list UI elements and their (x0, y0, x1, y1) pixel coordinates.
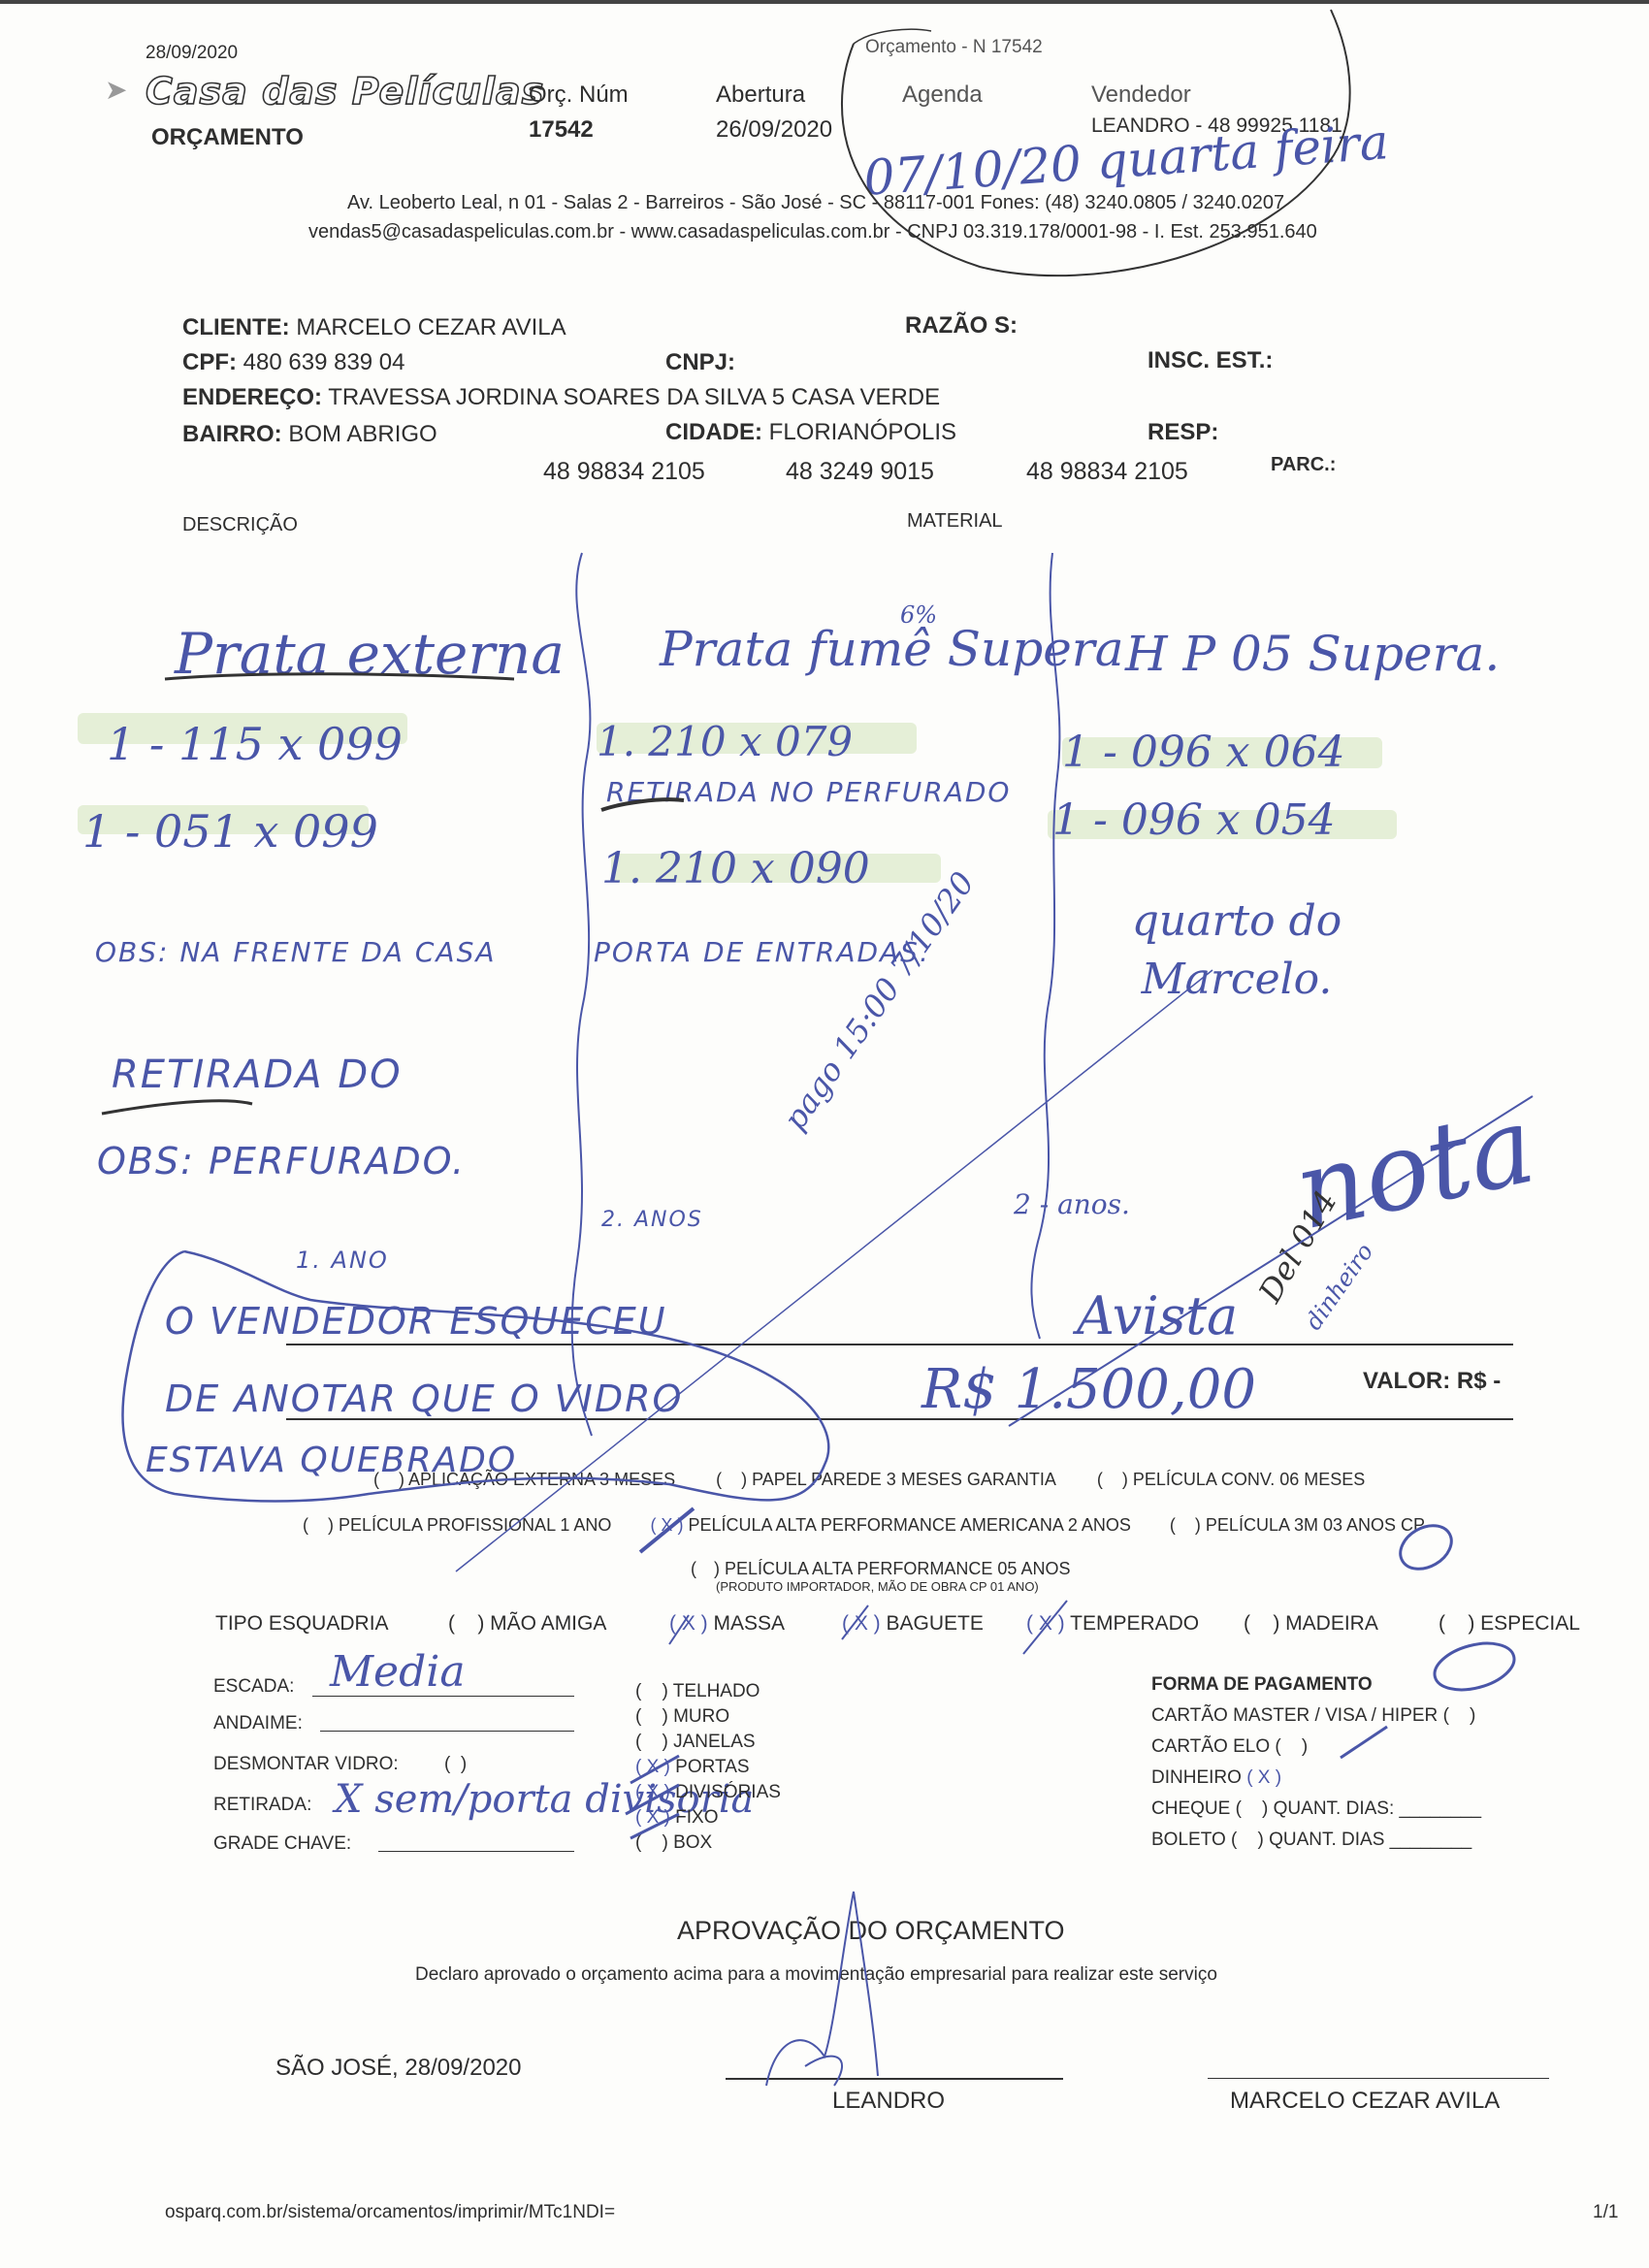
checkbox-checked[interactable]: ( X ) (1026, 1612, 1070, 1635)
option-item[interactable]: ( X ) DIVISÓRIAS (635, 1782, 781, 1803)
insc-est-label: INSC. EST.: (1148, 347, 1273, 374)
payment-label: DINHEIRO (1151, 1767, 1246, 1788)
retirada-label: RETIRADA: (213, 1795, 311, 1816)
option-label: ESPECIAL (1480, 1612, 1580, 1635)
avista-note: Avista (1077, 1285, 1238, 1346)
col1-retirada: RETIRADA DO (112, 1053, 403, 1097)
payment-label: CARTÃO MASTER / VISA / HIPER (1151, 1705, 1443, 1726)
checkbox[interactable]: ( ) (303, 1515, 339, 1535)
checkbox[interactable]: ( ) (1443, 1705, 1476, 1726)
cpf-row: CPF: 480 639 839 04 (182, 349, 405, 376)
endereco-value: TRAVESSA JORDINA SOARES DA SILVA 5 CASA … (328, 384, 940, 410)
option-label: DIVISÓRIAS (675, 1782, 781, 1802)
abertura-value: 26/09/2020 (716, 116, 832, 144)
circled-note-line: O VENDEDOR ESQUECEU (165, 1300, 667, 1343)
client-name-row: CLIENTE: MARCELO CEZAR AVILA (182, 314, 566, 341)
stamp-text: Orçamento - N 17542 (865, 37, 1043, 58)
grade-chave-field[interactable] (378, 1851, 574, 1852)
phone-3: 48 98834 2105 (1026, 458, 1188, 486)
option-item[interactable]: ( ) JANELAS (635, 1732, 756, 1753)
option-subtext: (PRODUTO IMPORTADOR, MÃO DE OBRA CP 01 A… (716, 1579, 1039, 1594)
option-label: PELÍCULA 3M 03 ANOS CP (1206, 1515, 1425, 1535)
col2-obs: PORTA DE ENTRADAS. (594, 936, 930, 968)
parc-label: PARC.: (1271, 454, 1336, 476)
checkbox-checked[interactable]: ( X ) (669, 1612, 714, 1635)
option-item[interactable]: ( X ) PELÍCULA ALTA PERFORMANCE AMERICAN… (650, 1515, 1130, 1535)
scan-edge (0, 0, 1649, 4)
client-name: MARCELO CEZAR AVILA (296, 314, 566, 340)
option-item[interactable]: BOLETO ( ) QUANT. DIAS ________ (1151, 1830, 1471, 1851)
option-label: PELÍCULA PROFISSIONAL 1 ANO (339, 1515, 611, 1535)
col3-title: H P 05 Supera. (1125, 626, 1500, 682)
option-label: MADEIRA (1285, 1612, 1378, 1635)
option-label: TELHADO (673, 1681, 760, 1701)
bairro-row: BAIRRO: BOM ABRIGO (182, 421, 437, 448)
col2-title: Prata fumê Supera (660, 621, 1124, 677)
descricao-header: DESCRIÇÃO (182, 514, 298, 536)
checkbox-checked[interactable]: ( X ) (842, 1612, 887, 1635)
option-item[interactable]: CARTÃO MASTER / VISA / HIPER ( ) (1151, 1705, 1475, 1727)
payment-label: CHEQUE (1151, 1798, 1236, 1819)
approval-title: APROVAÇÃO DO ORÇAMENTO (677, 1916, 1065, 1946)
vendedor-label: Vendedor (1091, 81, 1191, 109)
orc-num-label: Orç. Núm (529, 81, 629, 109)
place-date: SÃO JOSÉ, 28/09/2020 (275, 2055, 522, 2082)
col1-warranty: 1. ANO (296, 1247, 389, 1274)
checkbox-checked[interactable]: ( X ) (635, 1782, 675, 1802)
circled-note-line: DE ANOTAR QUE O VIDRO (165, 1377, 683, 1420)
option-label: MASSA (714, 1612, 786, 1635)
option-label: PELÍCULA CONV. 06 MESES (1133, 1470, 1365, 1489)
orc-num-value: 17542 (529, 116, 594, 144)
col1-obs2: OBS: PERFURADO. (97, 1140, 466, 1183)
col3-warranty: 2 - anos. (1014, 1188, 1130, 1220)
col2-item: 1. 210 x 090 (601, 844, 870, 893)
col2-item: RETIRADA NO PERFURADO (606, 776, 1011, 808)
agenda-label: Agenda (902, 81, 983, 109)
option-item[interactable]: ( ) PAPEL PAREDE 3 MESES GARANTIA (716, 1470, 1056, 1489)
option-item[interactable]: CARTÃO ELO ( ) (1151, 1736, 1308, 1758)
valor-label: VALOR: R$ - (1363, 1368, 1501, 1395)
client-label: CLIENTE: (182, 314, 290, 340)
resp-label: RESP: (1148, 419, 1218, 446)
value-line-top (286, 1344, 1513, 1345)
footer-url: osparq.com.br/sistema/orcamentos/imprimi… (165, 2202, 615, 2223)
checkbox-checked[interactable]: ( X ) (635, 1757, 675, 1777)
col3-obs: quarto do Marcelo. (1062, 892, 1411, 1009)
handwritten-value: R$ 1.500,00 (921, 1358, 1256, 1421)
option-item[interactable]: CHEQUE ( ) QUANT. DIAS: ________ (1151, 1798, 1481, 1820)
client-name-signature: MARCELO CEZAR AVILA (1230, 2088, 1500, 2115)
option-item[interactable]: ( ) PELÍCULA 3M 03 ANOS CP (1170, 1515, 1425, 1535)
checkbox[interactable]: ( ) (635, 1732, 673, 1752)
abertura-label: Abertura (716, 81, 805, 109)
checkbox[interactable]: ( ) (373, 1470, 408, 1489)
option-label: MÃO AMIGA (490, 1612, 606, 1635)
col1-obs: OBS: NA FRENTE DA CASA (95, 936, 497, 968)
checkbox-checked[interactable]: ( X ) (1246, 1767, 1281, 1788)
col2-title-superscript: 6% (900, 601, 937, 629)
razao-label: RAZÃO S: (905, 312, 1018, 340)
checkbox[interactable]: ( ) (1231, 1830, 1269, 1850)
escada-label: ESCADA: (213, 1676, 294, 1698)
page-number: 1/1 (1593, 2202, 1618, 2223)
option-item[interactable]: ( ) TELHADO (635, 1681, 760, 1702)
diagonal-payment-note: pago 15:00 7/10/20 (776, 865, 982, 1137)
desmontar-checkbox[interactable]: ( ) (444, 1754, 467, 1775)
checkbox[interactable]: ( ) (1097, 1470, 1133, 1489)
escada-value[interactable]: Media (330, 1647, 466, 1697)
checkbox[interactable]: ( ) (635, 1681, 673, 1701)
option-item[interactable]: ( ) BOX (635, 1832, 712, 1854)
option-label: APLICAÇÃO EXTERNA 3 MESES (408, 1470, 675, 1489)
seller-name: LEANDRO (832, 2088, 945, 2115)
pagamento-title: FORMA DE PAGAMENTO (1151, 1674, 1373, 1696)
cidade-row: CIDADE: FLORIANÓPOLIS (665, 419, 956, 446)
option-item[interactable]: DINHEIRO ( X ) (1151, 1767, 1281, 1789)
quant-dias-field[interactable]: QUANT. DIAS ________ (1269, 1830, 1471, 1850)
option-label: PELÍCULA ALTA PERFORMANCE AMERICANA 2 AN… (688, 1515, 1130, 1535)
approval-statement: Declaro aprovado o orçamento acima para … (415, 1964, 1217, 1986)
option-item[interactable]: ( ) MADEIRA (1244, 1612, 1378, 1636)
checkbox[interactable]: ( ) (635, 1706, 673, 1727)
warranty-options-row2: ( ) PELÍCULA PROFISSIONAL 1 ANO( X ) PEL… (303, 1515, 1425, 1536)
option-label: PAPEL PAREDE 3 MESES GARANTIA (752, 1470, 1056, 1489)
esquadria-label: TIPO ESQUADRIA (215, 1612, 389, 1636)
company-address: Av. Leoberto Leal, n 01 - Salas 2 - Barr… (347, 192, 1284, 214)
option-item[interactable]: ( ) ESPECIAL (1439, 1612, 1580, 1636)
col3-item: 1 - 096 x 054 (1052, 795, 1336, 845)
seller-signature-line (726, 2078, 1063, 2080)
payment-label: CARTÃO ELO (1151, 1736, 1275, 1757)
phone-1: 48 98834 2105 (543, 458, 705, 486)
checkbox[interactable]: ( ) (448, 1612, 490, 1635)
cpf-label: CPF: (182, 349, 237, 375)
col2-item: 1. 210 x 079 (597, 718, 853, 765)
checkbox[interactable]: ( ) (635, 1832, 673, 1853)
checkbox-checked[interactable]: ( X ) (635, 1807, 675, 1828)
payment-label: BOLETO (1151, 1830, 1231, 1850)
cidade-label: CIDADE: (665, 419, 762, 445)
andaime-field[interactable] (320, 1731, 574, 1732)
option-label: TEMPERADO (1070, 1612, 1199, 1635)
option-item[interactable]: ( X ) BAGUETE (842, 1612, 984, 1636)
checkbox[interactable]: ( ) (1439, 1612, 1480, 1635)
option-label: FIXO (675, 1807, 718, 1828)
value-line-bottom (286, 1418, 1513, 1420)
print-date: 28/09/2020 (145, 43, 238, 64)
col1-item: 1 - 115 x 099 (107, 718, 403, 770)
checkbox-checked[interactable]: ( X ) (650, 1515, 688, 1535)
company-contact: vendas5@casadaspeliculas.com.br - www.ca… (308, 221, 1317, 243)
andaime-label: ANDAIME: (213, 1713, 303, 1734)
option-item[interactable]: ( X ) PORTAS (635, 1757, 750, 1778)
col1-title: Prata externa (175, 621, 565, 687)
cpf-value: 480 639 839 04 (243, 349, 405, 375)
logo-arrow-icon: ➤ (105, 74, 127, 106)
option-label: PORTAS (675, 1757, 749, 1777)
company-logo: Casa das Películas (145, 70, 544, 113)
checkbox[interactable]: ( ) (1236, 1798, 1274, 1819)
material-header: MATERIAL (907, 510, 1003, 533)
checkbox[interactable]: ( ) (716, 1470, 752, 1489)
option-item[interactable]: ( X ) FIXO (635, 1807, 719, 1829)
phone-2: 48 3249 9015 (786, 458, 934, 486)
option-item[interactable]: ( X ) TEMPERADO (1026, 1612, 1199, 1636)
cidade-value: FLORIANÓPOLIS (769, 419, 956, 445)
checkbox[interactable]: ( ) (1275, 1736, 1308, 1757)
option-item[interactable]: () PELÍCULA ALTA PERFORMANCE 05 ANOS (691, 1559, 1070, 1579)
warranty-options-row1: ( ) APLICAÇÃO EXTERNA 3 MESES( ) PAPEL P… (373, 1470, 1365, 1490)
option-item[interactable]: ( ) APLICAÇÃO EXTERNA 3 MESES (373, 1470, 675, 1489)
col2-warranty: 2. ANOS (601, 1208, 703, 1232)
option-label: BOX (673, 1832, 712, 1853)
col3-item: 1 - 096 x 064 (1062, 728, 1345, 777)
endereco-label: ENDEREÇO: (182, 384, 322, 410)
client-signature-line[interactable] (1208, 2078, 1549, 2079)
option-item[interactable]: ( ) MÃO AMIGA (448, 1612, 606, 1636)
document-type: ORÇAMENTO (151, 124, 304, 151)
checkbox[interactable]: ( ) (1170, 1515, 1206, 1535)
grade-chave-label: GRADE CHAVE: (213, 1833, 351, 1855)
bairro-value: BOM ABRIGO (288, 421, 436, 447)
quant-dias-field[interactable]: QUANT. DIAS: ________ (1274, 1798, 1481, 1819)
cnpj-label: CNPJ: (665, 349, 735, 376)
bairro-label: BAIRRO: (182, 421, 282, 447)
option-item[interactable]: ( ) PELÍCULA CONV. 06 MESES (1097, 1470, 1365, 1489)
option-item[interactable]: ( ) MURO (635, 1706, 729, 1728)
address-row: ENDEREÇO: TRAVESSA JORDINA SOARES DA SIL… (182, 384, 940, 411)
checkbox[interactable]: ( ) (1244, 1612, 1285, 1635)
option-item[interactable]: ( X ) MASSA (669, 1612, 785, 1636)
option-label: JANELAS (673, 1732, 755, 1752)
option-label: MURO (673, 1706, 729, 1727)
desmontar-label: DESMONTAR VIDRO: (213, 1754, 399, 1775)
col1-item: 1 - 051 x 099 (82, 805, 378, 858)
option-label: BAGUETE (887, 1612, 984, 1635)
option-item[interactable]: ( ) PELÍCULA PROFISSIONAL 1 ANO (303, 1515, 611, 1535)
option-label: PELÍCULA ALTA PERFORMANCE 05 ANOS (725, 1559, 1070, 1578)
